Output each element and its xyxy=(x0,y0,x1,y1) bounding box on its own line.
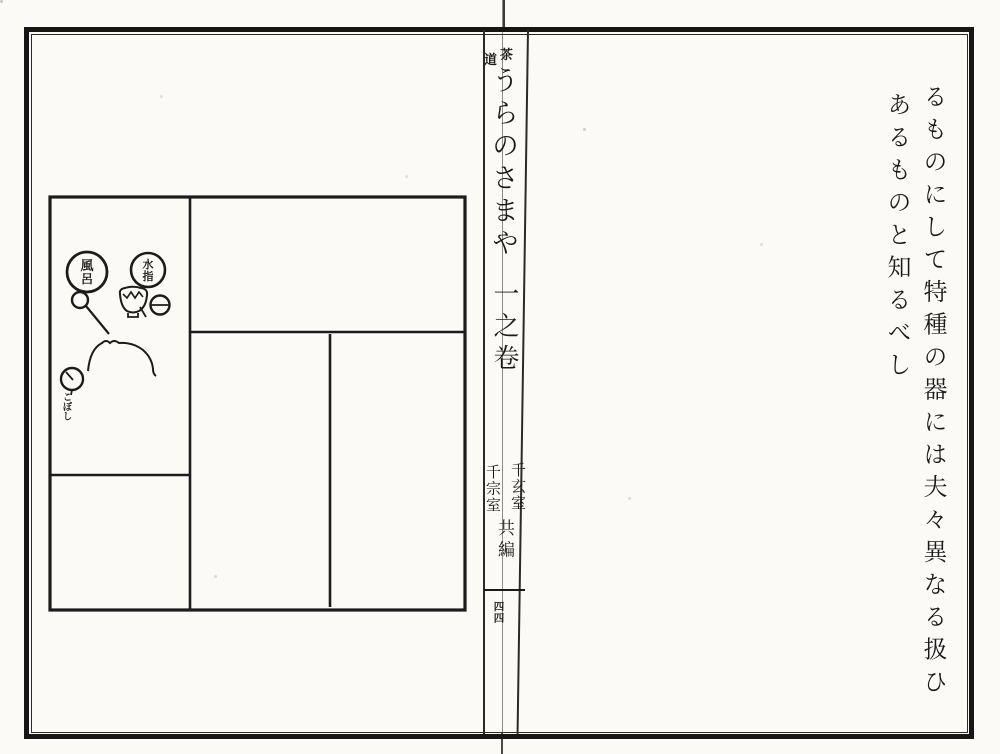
coedit-label: 共編 xyxy=(496,519,513,562)
book-spread-scan: 茶 道 うらのさまや 一之卷 千玄室 千宗室 共編 四四 るものにして特種の器に… xyxy=(0,0,1000,754)
kensui-label: こぼし xyxy=(60,392,70,421)
right-page-text-column-1: るものにして特種の器には夫々異なる扱ひ xyxy=(920,84,944,702)
tearoom-floor-plan-diagram: 風 呂 水 指 xyxy=(48,193,470,615)
chawan-symbol xyxy=(120,287,147,317)
folio-divider-rule xyxy=(484,589,525,591)
fold-crease-top xyxy=(503,0,505,29)
title-strip-left-rule xyxy=(483,30,485,734)
natsume-symbol xyxy=(151,296,170,315)
series-label-char-cha: 茶 xyxy=(500,44,513,63)
right-page-text-column-2: あるものと知るべし xyxy=(884,92,908,385)
furo-label-char2: 呂 xyxy=(81,272,93,286)
scan-noise-specks xyxy=(0,0,3,3)
curved-line-mark xyxy=(88,341,156,376)
author-name-right: 千玄室 xyxy=(509,462,524,512)
mizusashi-label-char2: 指 xyxy=(143,269,154,283)
furo-label-char1: 風 xyxy=(80,258,94,273)
diagram-outer-border xyxy=(50,197,465,610)
kensui-symbol xyxy=(61,368,83,395)
author-name-left: 千宗室 xyxy=(484,464,499,514)
mizusashi-label-char1: 水 xyxy=(143,257,154,271)
volume-label: 一之卷 xyxy=(491,280,517,376)
book-title: うらのさまや xyxy=(489,66,516,261)
hishaku-symbol xyxy=(72,292,109,334)
folio-number: 四四 xyxy=(492,601,503,624)
